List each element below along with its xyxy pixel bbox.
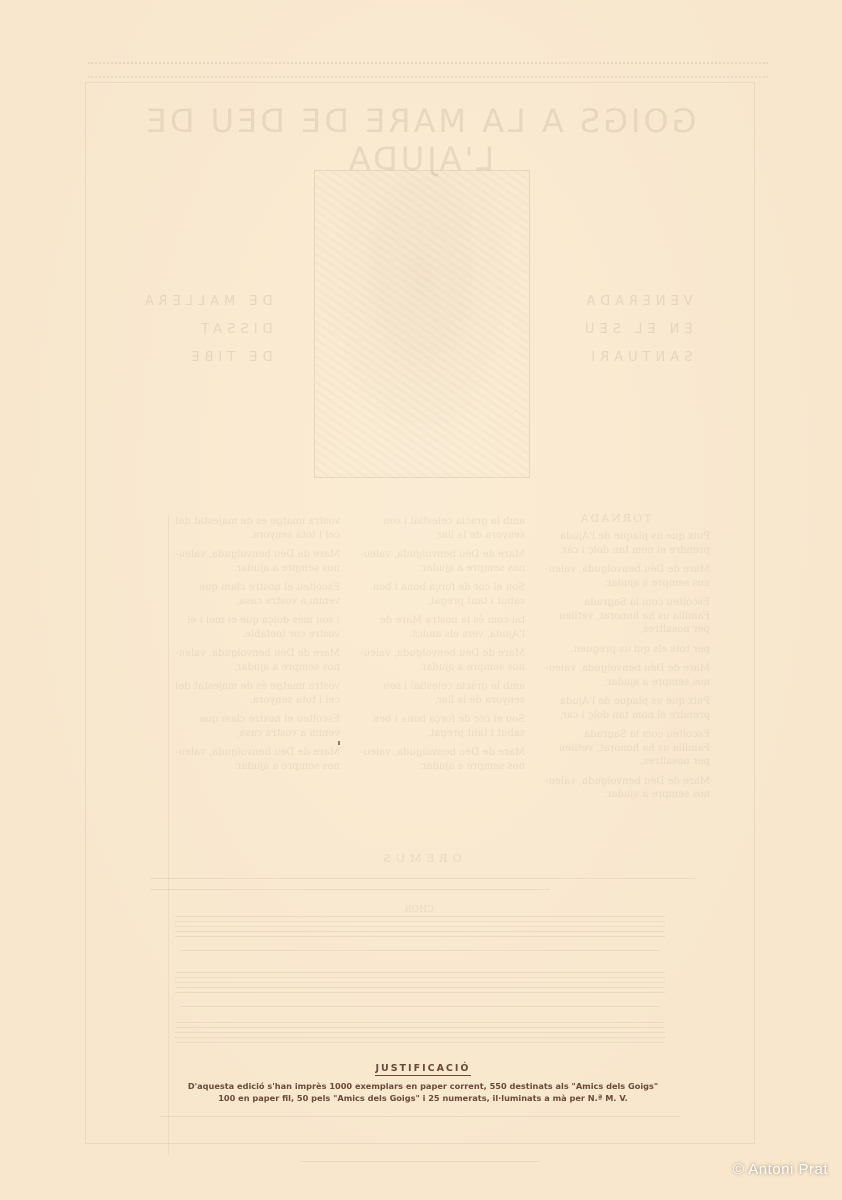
verse-line: Escolteu el nostre clam que venim a vost…	[175, 581, 340, 608]
verse-line: Mare de Déu benvolguda, valeu-nos sempre…	[360, 647, 525, 674]
verse-line: Escolteu el nostre clam que venim a vost…	[175, 713, 340, 740]
justification-block: JUSTIFICACIÓ D'aquesta edició s'han impr…	[150, 1056, 696, 1104]
show-through-prayer-line	[150, 878, 695, 879]
show-through-chant-label: CHOR	[405, 905, 434, 915]
show-through-oremus-heading: OREMUS	[360, 852, 480, 865]
show-through-title: GOIGS A LA MARE DE DEU DE L'AJUDA	[100, 102, 740, 178]
show-through-side-left: VENERADA EN EL SEU SANTUARI	[580, 288, 693, 372]
show-through-music-staff	[175, 1022, 665, 1044]
show-through-border-band	[88, 62, 768, 78]
verse-line: Mare de Déu benvolguda, valeu-nos sempre…	[175, 548, 340, 575]
side-left-line: VENERADA	[580, 288, 693, 316]
verse-line: Mare de Déu benvolguda, valeu-nos sempre…	[360, 746, 525, 773]
verse-line: vostra imatge és de majestat del cel i t…	[175, 515, 340, 542]
copyright-watermark: © Antoni Prat	[733, 1161, 828, 1178]
verse-line: amb la gràcia celestial i sou senyora de…	[360, 680, 525, 707]
side-right-line: DE TIBE	[140, 344, 273, 372]
show-through-side-right: DE MALLERA DISSAT DE TIBE	[140, 288, 273, 372]
justification-line-1: D'aquesta edició s'han imprès 1000 exemp…	[150, 1080, 696, 1092]
verse-line: Mare de Déu benvolguda, valeu-nos sempre…	[545, 662, 710, 689]
verse-line: amb la gràcia celestial i sou senyora de…	[360, 515, 525, 542]
show-through-column-1: Puix que us plaque de l'Ajuda prendre el…	[545, 530, 710, 808]
show-through-column-3: vostra imatge és de majestat del cel i t…	[175, 515, 340, 779]
show-through-lyrics-line	[180, 950, 660, 951]
show-through-lyrics-line	[180, 1006, 660, 1007]
verse-line: Sou el cor de força bona i ben sabut i t…	[360, 713, 525, 740]
show-through-footer-line	[300, 1161, 540, 1162]
side-right-line: DISSAT	[140, 316, 273, 344]
verse-line: i sou més dolça que el mel i el vostre c…	[175, 614, 340, 641]
paper-sheet: GOIGS A LA MARE DE DEU DE L'AJUDA VENERA…	[0, 0, 842, 1200]
verse-line: Mare de Déu benvolguda, valeu-nos sempre…	[175, 647, 340, 674]
verse-line: tal com és la nostra Mare de l'Ajuda, ve…	[360, 614, 525, 641]
verse-line: Escolteu com la Sagrada Família us ha ho…	[545, 596, 710, 637]
show-through-music-staff	[175, 916, 665, 938]
show-through-music-staff	[175, 972, 665, 994]
justification-line-2: 100 en paper fil, 50 pels "Amics dels Go…	[150, 1092, 696, 1104]
verse-line: vostra imatge és de majestat del cel i t…	[175, 680, 340, 707]
verse-line: Escolteu com la Sagrada Família us ha ho…	[545, 728, 710, 769]
verse-line: per tots els qui us preguen.	[545, 643, 710, 657]
side-left-line: EN EL SEU	[580, 316, 693, 344]
verse-line: Sou el cor de força bona i ben sabut i t…	[360, 581, 525, 608]
verse-line: Mare de Déu benvolguda, valeu-nos sempre…	[360, 548, 525, 575]
show-through-virgin-image	[314, 170, 530, 478]
paper-speck	[338, 741, 340, 745]
verse-line: Mare de Déu benvolguda, valeu-nos sempre…	[545, 775, 710, 802]
verse-line: Mare de Déu benvolguda, valeu-nos sempre…	[545, 563, 710, 590]
side-left-line: SANTUARI	[580, 344, 693, 372]
side-right-line: DE MALLERA	[140, 288, 273, 316]
verse-line: Puix que us plaque de l'Ajuda prendre el…	[545, 695, 710, 722]
show-through-column-2: amb la gràcia celestial i sou senyora de…	[360, 515, 525, 779]
show-through-footer-line	[160, 1116, 680, 1117]
show-through-prayer-line	[150, 889, 550, 890]
justification-title: JUSTIFICACIÓ	[375, 1063, 470, 1076]
justification-text: D'aquesta edició s'han imprès 1000 exemp…	[150, 1080, 696, 1104]
verse-line: Puix que us plaque de l'Ajuda prendre el…	[545, 530, 710, 557]
verse-line: Mare de Déu benvolguda, valeu-nos sempre…	[175, 746, 340, 773]
show-through-tornada-heading: TORNADA	[555, 512, 675, 525]
